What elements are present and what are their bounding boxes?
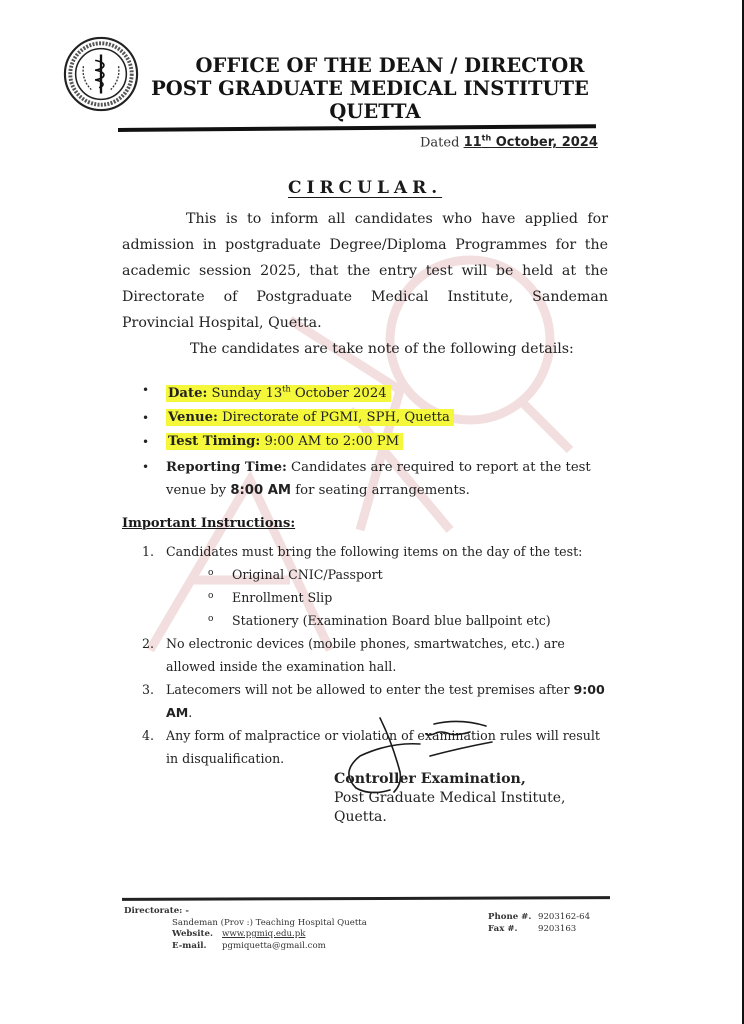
footer-contact: Directorate: - Sandeman (Prov :) Teachin… — [124, 906, 367, 952]
signatory-title: Controller Examination, — [334, 771, 526, 787]
dated-value: 11th October, 2024 — [464, 135, 598, 150]
letterhead-office: OFFICE OF THE DEAN / DIRECTOR — [150, 54, 600, 77]
detail-timing: Test Timing: 9:00 AM to 2:00 PM — [142, 430, 612, 454]
detail-venue: Venue: Directorate of PGMI, SPH, Quetta — [142, 406, 612, 430]
dated-label: Dated — [420, 135, 459, 150]
website-link[interactable]: www.pgmiq.edu.pk — [222, 929, 305, 939]
instructions-heading: Important Instructions: — [122, 516, 295, 531]
fax-value: 9203163 — [538, 924, 576, 934]
letterhead: OFFICE OF THE DEAN / DIRECTOR POST GRADU… — [150, 54, 600, 123]
footer-rule — [122, 896, 610, 901]
instruction-item: 1. Candidates must bring the following i… — [142, 540, 612, 632]
fax-label: Fax #. — [488, 924, 538, 936]
instruction-item: 2.No electronic devices (mobile phones, … — [142, 632, 612, 678]
required-item: Original CNIC/Passport — [208, 563, 612, 586]
institute-seal-icon — [62, 32, 140, 116]
phone-value: 9203162-64 — [538, 912, 590, 922]
email-label: E-mail. — [172, 941, 222, 953]
website-label: Website. — [172, 929, 222, 941]
intro-paragraph: This is to inform all candidates who hav… — [122, 206, 608, 336]
signatory-city: Quetta. — [334, 808, 565, 827]
phone-label: Phone #. — [488, 912, 538, 924]
email-link[interactable]: pgmiquetta@gmail.com — [222, 941, 326, 951]
dated-line: Dated 11th October, 2024 — [420, 134, 598, 150]
document-title: CIRCULAR. — [288, 178, 442, 198]
details-intro: The candidates are take note of the foll… — [190, 341, 574, 357]
required-item: Enrollment Slip — [208, 586, 612, 609]
detail-date: Date: Sunday 13th October 2024 — [142, 378, 612, 406]
footer-phone: Phone #.9203162-64 Fax #.9203163 — [488, 912, 590, 935]
details-list: Date: Sunday 13th October 2024 Venue: Di… — [142, 378, 612, 502]
directorate-label: Directorate: - — [124, 906, 367, 918]
required-item: Stationery (Examination Board blue ballp… — [208, 609, 612, 632]
required-items-list: Original CNIC/Passport Enrollment Slip S… — [166, 563, 612, 632]
letterhead-institute: POST GRADUATE MEDICAL INSTITUTE — [140, 77, 600, 100]
signatory-org: Post Graduate Medical Institute, — [334, 789, 565, 808]
signature-block: Controller Examination, Post Graduate Me… — [334, 770, 565, 827]
letterhead-city: QUETTA — [150, 100, 600, 123]
directorate-address: Sandeman (Prov :) Teaching Hospital Quet… — [124, 918, 367, 930]
detail-reporting: Reporting Time: Candidates are required … — [142, 456, 612, 502]
header-rule — [118, 124, 596, 132]
